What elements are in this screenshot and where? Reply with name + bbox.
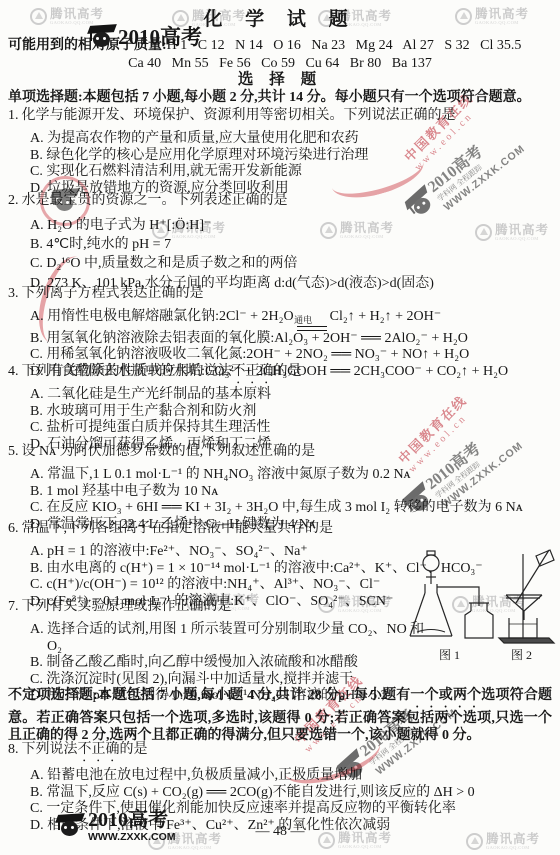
figure-1-label: 图 1 xyxy=(439,647,460,664)
option-c: C. 实现化石燃料清洁利用,就无需开发新能源 xyxy=(30,164,552,181)
question-stem: 6.常温下,下列各组离子在指定溶液中能大量共存的是 xyxy=(8,521,552,544)
question-5: 5.设 Nᴀ 为阿伏加德罗常数的值,下列叙述正确的是 A. 常温下,1 L 0.… xyxy=(8,444,552,533)
option-a: A. 用惰性电极电解熔融氯化钠:2Cl⁻ + 2H₂O通电Cl₂↑ + H₂↑ … xyxy=(30,309,552,331)
option-b: B. 4℃时,纯水的 pH = 7 xyxy=(30,235,552,254)
option-a: A. H₂O 的电子式为 H⁺[:Ö:H]⁻ xyxy=(30,216,552,235)
footer-logo: 2010高考WWW.ZXXK.COM xyxy=(56,810,176,843)
filtration-figure xyxy=(499,550,554,643)
option-a: A. 铅蓄电池在放电过程中,负极质量减小,正极质量增加 xyxy=(30,768,552,785)
option-b: B. 1 mol 羟基中电子数为 10 Nᴀ xyxy=(30,484,552,501)
option-c: C. 用稀氢氧化钠溶液吸收二氧化氮:2OH⁻ + 2NO₂ ══ NO₃⁻ + … xyxy=(30,347,552,364)
option-b: B. 用氢氧化钠溶液除去铝表面的氧化膜:Al₂O₃ + 2OH⁻ ══ 2AlO… xyxy=(30,331,552,348)
option-c: C. D₂¹⁶O 中,质量数之和是质子数之和的两倍 xyxy=(30,254,552,273)
header-logo-text: 2010高考 xyxy=(118,29,202,46)
option-b: B. 制备乙酸乙酯时,向乙醇中缓慢加入浓硫酸和冰醋酸 xyxy=(30,655,439,672)
apparatus-figures: 图 1 图 2 xyxy=(403,546,557,668)
question-stem: 3.下列离子方程式表达正确的是 xyxy=(8,286,552,309)
option-a: A. 为提高农作物的产量和质量,应大量使用化肥和农药 xyxy=(30,131,552,148)
question-4: 4.下列有关物质的性质或应用的说法不正确的是 A. 二氧化硅是生产光纤制品的基本… xyxy=(8,364,552,453)
footer-logo-title: 2010高考 xyxy=(88,810,176,830)
section-title: 选 择 题 xyxy=(8,72,552,89)
multi-choice-intro: 不定项选择题:本题包括 7 小题,每小题 4 分,共计 28 分。每小题有一个或… xyxy=(8,688,552,745)
reaction-condition: 通电 xyxy=(297,316,327,331)
exam-content: 化 学 试 题 可能用到的相对原子质量:H 1 C 12 N 14 O 16 N… xyxy=(0,0,560,855)
option-c: C. 洗涤沉淀时(见图 2),向漏斗中加适量水,搅拌并滤干 xyxy=(30,672,439,689)
option-c: C. 在反应 KIO₃ + 6HI ══ KI + 3I₂ + 3H₂O 中,每… xyxy=(30,500,552,517)
figure-2-label: 图 2 xyxy=(511,647,532,664)
apparatus-figure-drawing xyxy=(403,546,557,646)
footer-logo-url: WWW.ZXXK.COM xyxy=(88,832,176,843)
question-stem: 8.下列说法不正确的是 xyxy=(8,742,552,765)
option-a: A. 常温下,1 L 0.1 mol·L⁻¹ 的 NH₄NO₃ 溶液中氮原子数为… xyxy=(30,467,552,484)
question-stem: 5.设 Nᴀ 为阿伏加德罗常数的值,下列叙述正确的是 xyxy=(8,444,552,467)
option-a: A. 二氧化硅是生产光纤制品的基本原料 xyxy=(30,387,552,404)
mascot-icon xyxy=(56,813,84,840)
option-a: A. 选择合适的试剂,用图 1 所示装置可分别制取少量 CO₂、NO 和 O₂ xyxy=(30,622,439,655)
question-stem: 4.下列有关物质的性质或应用的说法不正确的是 xyxy=(8,364,552,387)
question-stem: 1.化学与能源开发、环境保护、资源利用等密切相关。下列说法正确的是 xyxy=(8,108,552,131)
atomic-masses-line2: Ca 40 Mn 55 Fe 56 Co 59 Cu 64 Br 80 Ba 1… xyxy=(8,56,552,73)
option-b: B. 绿色化学的核心是应用化学原理对环境污染进行治理 xyxy=(30,148,552,165)
option-b: B. 常温下,反应 C(s) + CO₂(g) ══ 2CO(g)不能自发进行,… xyxy=(30,785,552,802)
option-b: B. 水玻璃可用于生产黏合剂和防火剂 xyxy=(30,404,552,421)
question-stem: 2.水是最宝贵的资源之一。下列表述正确的是 xyxy=(8,193,552,216)
exam-paper-page: 腾讯高考GAOKAO.QQ.COM 腾讯高考GAOKAO.QQ.COM 腾讯高考… xyxy=(0,0,560,855)
question-2: 2.水是最宝贵的资源之一。下列表述正确的是 A. H₂O 的电子式为 H⁺[:Ö… xyxy=(8,193,552,293)
option-c: C. 盐析可提纯蛋白质并保持其生理活性 xyxy=(30,420,552,437)
gas-generator-figure xyxy=(410,551,493,638)
mascot-icon xyxy=(88,24,116,51)
header-logo: 2010高考 xyxy=(88,24,202,51)
question-1: 1.化学与能源开发、环境保护、资源利用等密切相关。下列说法正确的是 A. 为提高… xyxy=(8,108,552,197)
atomic-masses-line1: H 1 C 12 N 14 O 16 Na 23 Mg 24 Al 27 S 3… xyxy=(167,38,522,53)
